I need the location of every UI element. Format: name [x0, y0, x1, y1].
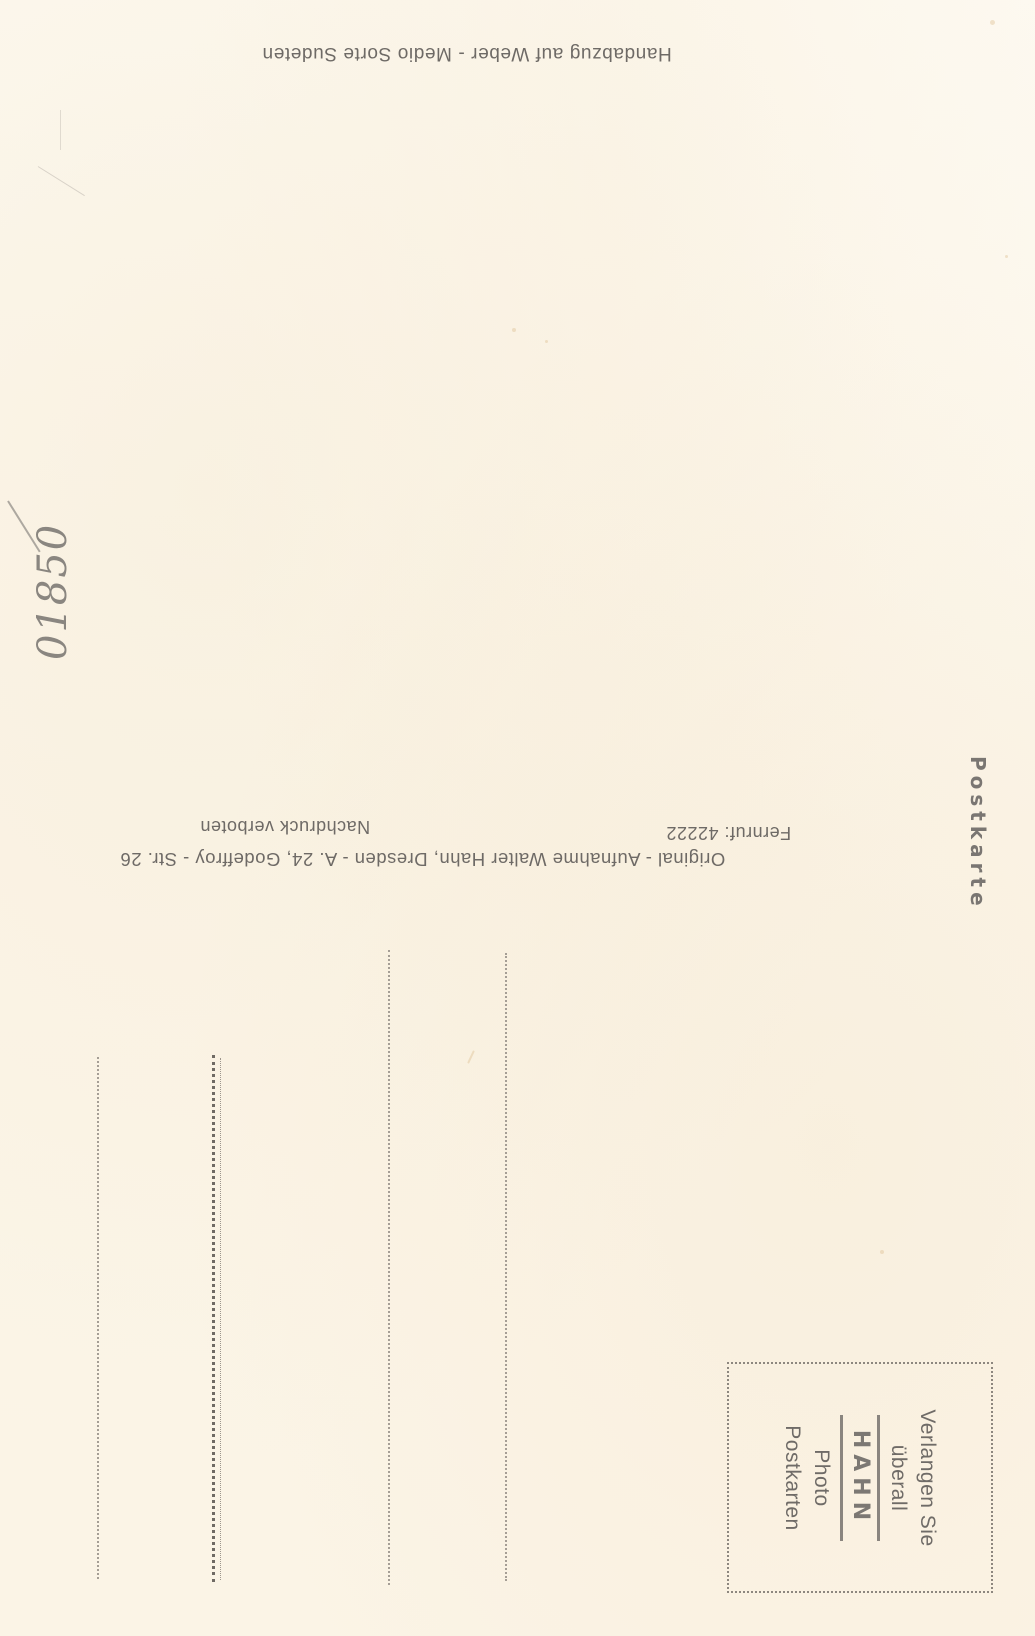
stamp-line-3: Photo	[807, 1373, 836, 1583]
paper-speck	[990, 20, 995, 25]
publisher-text: Original - Aufnahme Walter Hahn, Dresden…	[120, 848, 725, 870]
paper-speck	[512, 328, 516, 332]
paper-speck	[545, 340, 548, 343]
stamp-line-2: überall	[884, 1373, 913, 1583]
fernruf-text: Fernruf: 42222	[666, 822, 791, 843]
paper-speck	[1005, 255, 1008, 258]
postkarte-label: Postkarte	[966, 756, 990, 911]
handwritten-catalog-number: 01850	[30, 523, 76, 660]
address-line-1	[97, 1057, 99, 1579]
hahn-brand: HAHN	[840, 1415, 880, 1541]
paper-speck	[880, 1250, 884, 1254]
message-divider	[212, 1055, 215, 1582]
stamp-line-1: Verlangen Sie	[913, 1373, 942, 1583]
handabzug-text: Handabzug auf Weber - Medio Sorte Sudete…	[262, 42, 672, 64]
stamp-box: Verlangen Sie überall HAHN Photo Postkar…	[727, 1362, 993, 1593]
stamp-box-text: Verlangen Sie überall HAHN Photo Postkar…	[778, 1373, 942, 1583]
pencil-mark	[60, 110, 61, 150]
message-divider-thin	[220, 1058, 221, 1580]
nachdruck-text: Nachdruck verboten	[200, 816, 370, 837]
address-line-2	[388, 950, 390, 1585]
address-line-3	[505, 953, 507, 1581]
stamp-line-4: Postkarten	[778, 1373, 807, 1583]
